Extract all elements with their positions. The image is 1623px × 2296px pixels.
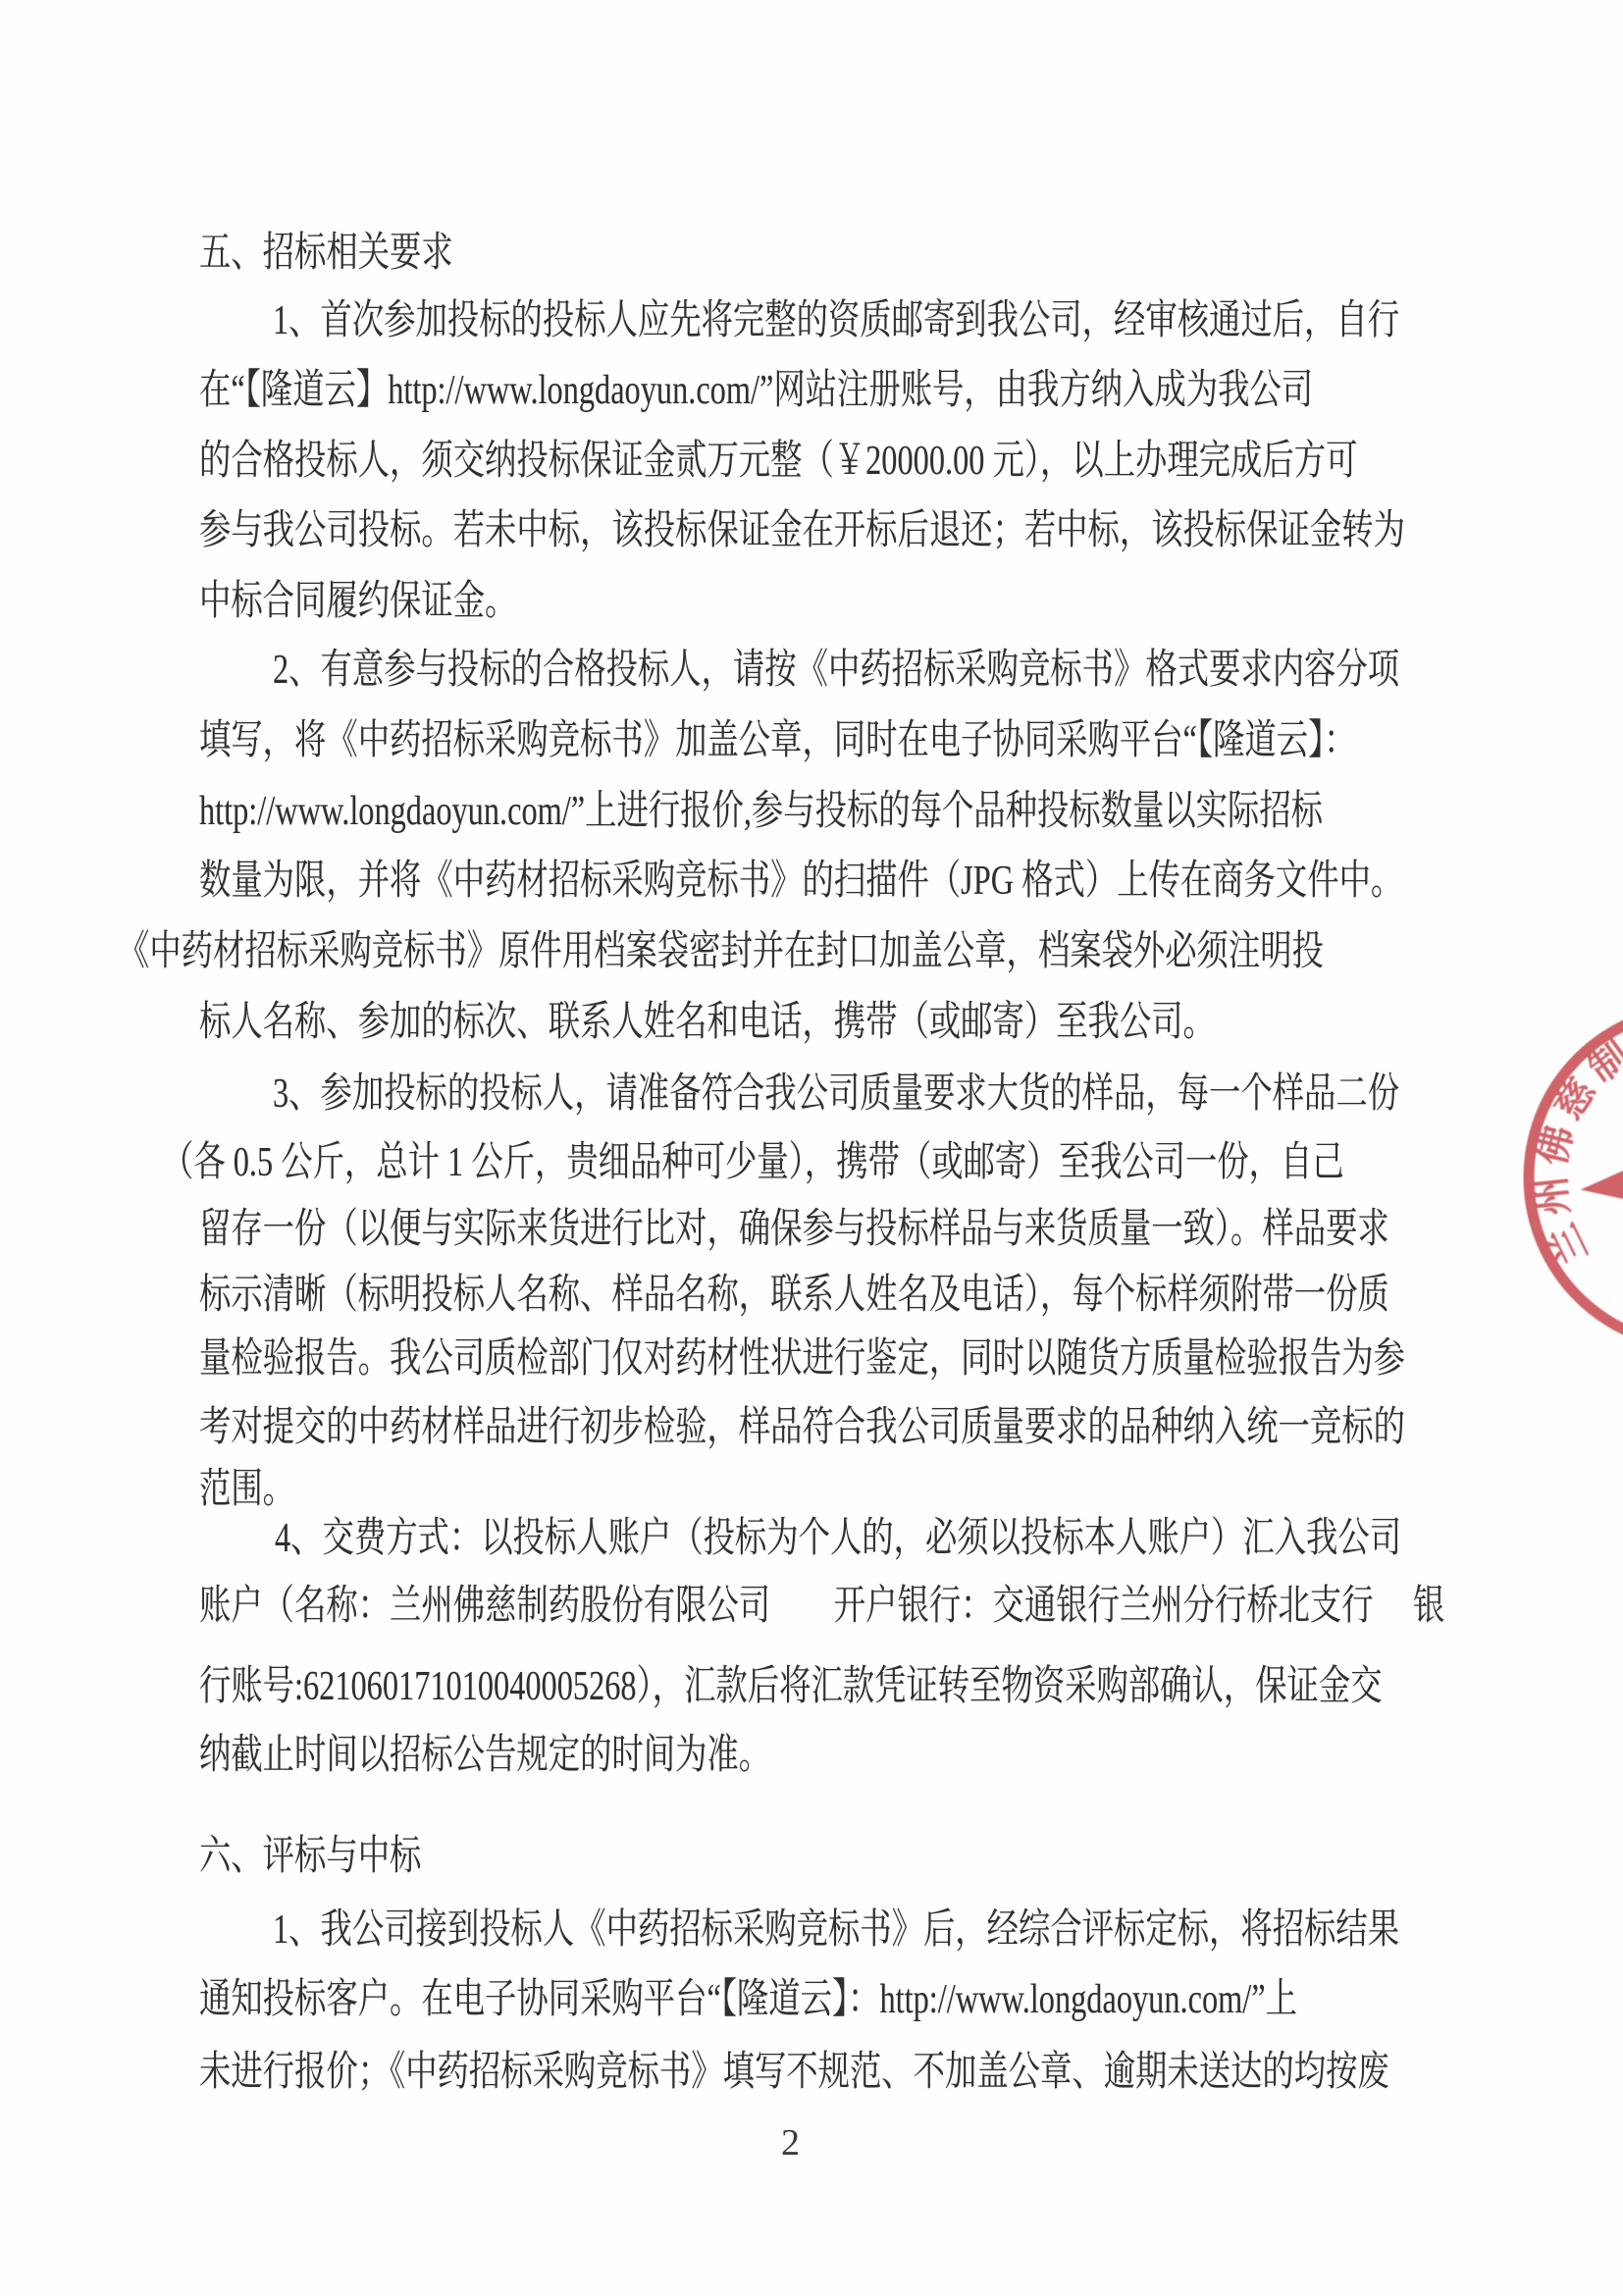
text-line: 范围。	[199, 1464, 294, 1515]
text-line: 行账号:621060171010040005268），汇款后将汇款凭证转至物资采…	[199, 1661, 1383, 1712]
text-line: 填写，将《中药招标采购竞标书》加盖公章，同时在电子协同采购平台“【隆道云】：	[199, 715, 1356, 766]
text-line: 账户（名称：兰州佛慈制药股份有限公司 开户银行：交通银行兰州分行桥北支行 银	[199, 1581, 1444, 1632]
text-line: 1、首次参加投标的投标人应先将完整的资质邮寄到我公司，经审核通过后，自行	[273, 295, 1399, 346]
text-line: 3、参加投标的投标人，请准备符合我公司质量要求大货的样品，每一个样品二份	[273, 1069, 1399, 1120]
text-line: 1、我公司接到投标人《中药招标采购竞标书》后，经综合评标定标，将招标结果	[273, 1905, 1399, 1956]
text-line: 《中药材招标采购竞标书》原件用档案袋密封并在封口加盖公章，档案袋外必须注明投	[118, 926, 1324, 977]
document-page: 五、招标相关要求 1、首次参加投标的投标人应先将完整的资质邮寄到我公司，经审核通…	[0, 0, 1623, 2296]
text-line: 量检验报告。我公司质检部门仅对药材性状进行鉴定，同时以随货方质量检验报告为参	[199, 1333, 1405, 1384]
section-heading-6: 六、评标与中标	[199, 1831, 421, 1882]
text-line: http://www.longdaoyun.com/”上进行报价,参与投标的每个…	[199, 786, 1323, 837]
text-line: 未进行报价；《中药招标采购竞标书》填写不规范、不加盖公章、逾期未送达的均按废	[199, 2047, 1389, 2098]
text-line: 通知投标客户。在电子协同采购平台“【隆道云】：http://www.longda…	[199, 1974, 1297, 2025]
text-line: 考对提交的中药材样品进行初步检验，样品符合我公司质量要求的品种纳入统一竞标的	[199, 1402, 1405, 1453]
text-line: 在“【隆道云】http://www.longdaoyun.com/”网站注册账号…	[199, 365, 1313, 416]
section-heading-5: 五、招标相关要求	[199, 228, 453, 279]
page-number: 2	[781, 2121, 800, 2165]
text-line: 的合格投标人，须交纳投标保证金贰万元整（￥20000.00 元），以上办理完成后…	[199, 436, 1357, 487]
text-line: 中标合同履约保证金。	[199, 576, 516, 627]
text-line: 4、交费方式：以投标人账户（投标为个人的，必须以投标本人账户）汇入我公司	[275, 1513, 1401, 1564]
text-line: 留存一份（以便与实际来货进行比对，确保参与投标样品与来货质量一致）。样品要求	[199, 1204, 1389, 1255]
text-line: （各 0.5 公斤，总计 1 公斤，贵细品种可少量），携带（或邮寄）至我公司一份…	[162, 1137, 1344, 1188]
text-line: 标人名称、参加的标次、联系人姓名和电话，携带（或邮寄）至我公司。	[199, 997, 1215, 1048]
text-line: 参与我公司投标。若未中标，该投标保证金在开标后退还；若中标，该投标保证金转为	[199, 505, 1405, 556]
text-line: 纳截止时间以招标公告规定的时间为准。	[199, 1730, 770, 1781]
text-line: 2、有意参与投标的合格投标人，请按《中药招标采购竞标书》格式要求内容分项	[273, 645, 1399, 696]
text-line: 标示清晰（标明投标人名称、样品名称，联系人姓名及电话），每个标样须附带一份质	[199, 1270, 1389, 1321]
text-line: 数量为限，并将《中药材招标采购竞标书》的扫描件（JPG 格式）上传在商务文件中。	[199, 856, 1402, 907]
company-seal-stamp-icon: 兰州佛慈制药股份有限公司	[1511, 981, 1623, 1374]
